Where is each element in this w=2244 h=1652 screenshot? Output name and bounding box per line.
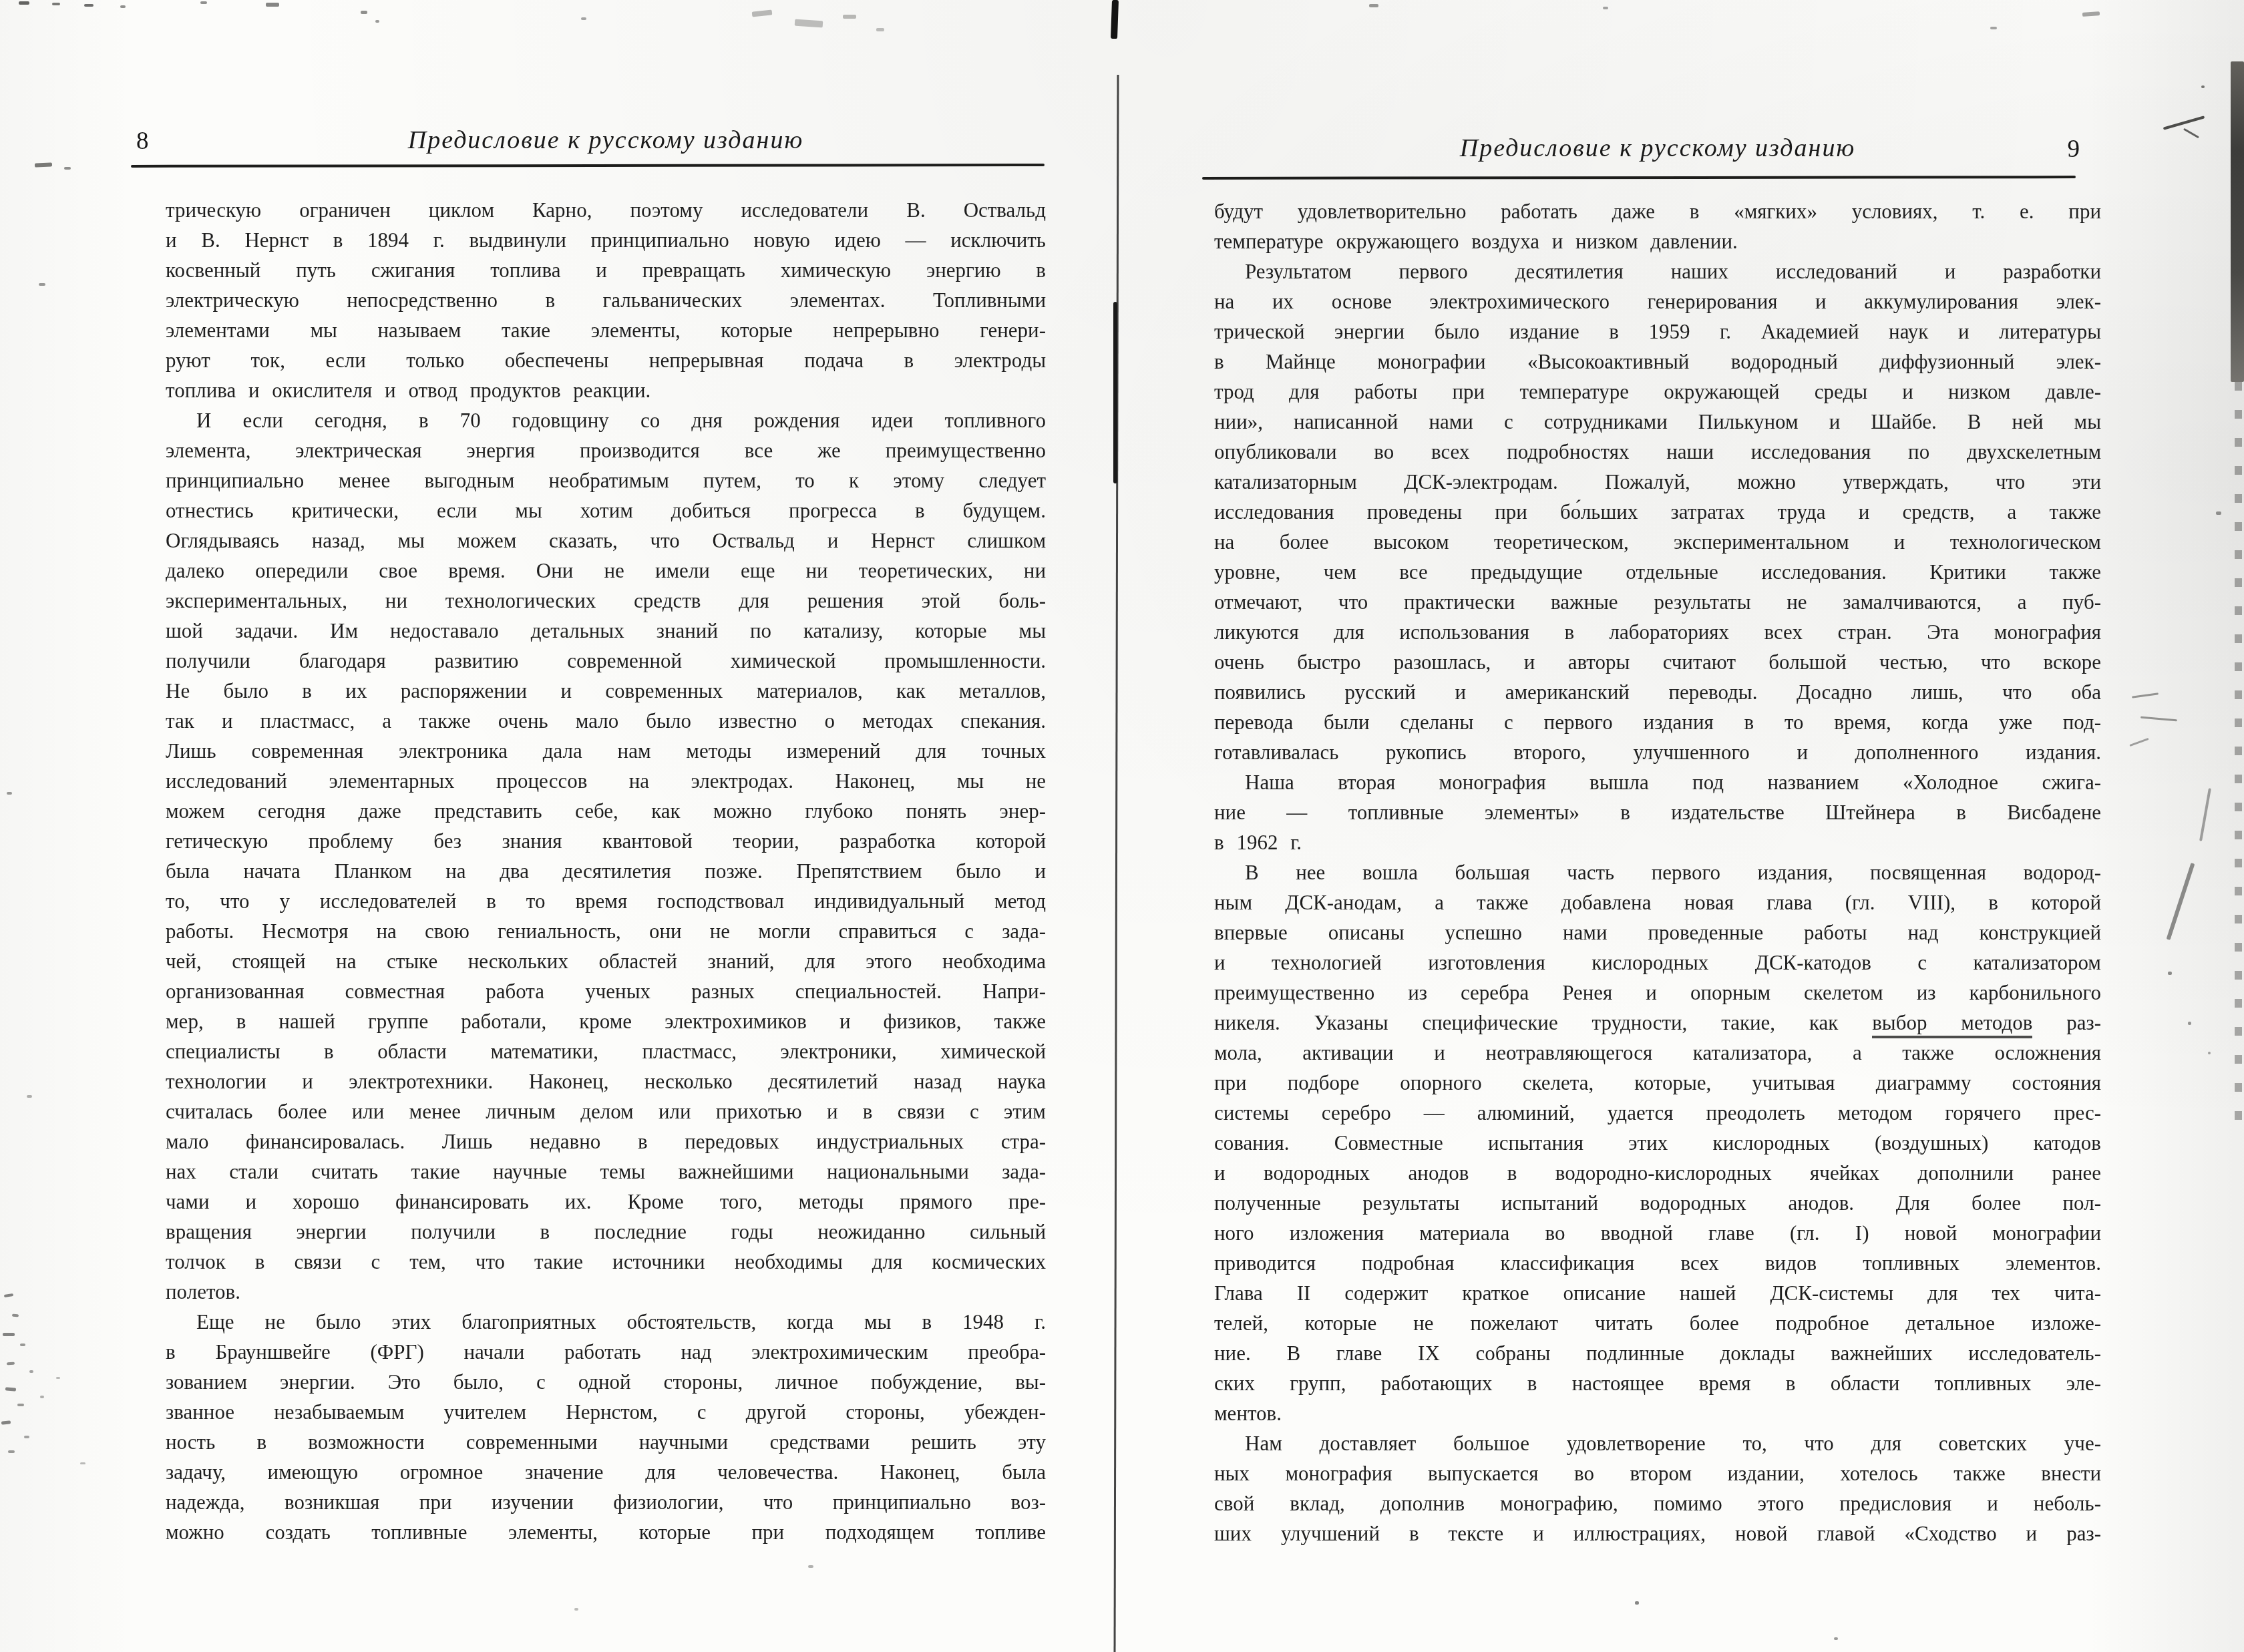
scan-speck <box>120 5 126 8</box>
text-line: Глава II содержит краткое описание нашей… <box>1214 1278 2101 1308</box>
scan-speck <box>574 1608 578 1611</box>
text-line: появились русский и американский перевод… <box>1214 677 2101 707</box>
scan-speck <box>752 9 773 17</box>
text-line: организованная совместная работа ученых … <box>166 976 1046 1006</box>
text-line: опубликовали во всех подробностях наши и… <box>1214 437 2101 467</box>
scan-speck <box>361 11 367 14</box>
scan-speck <box>2183 128 2199 139</box>
text-line: отнестись критически, если мы хотим доби… <box>166 495 1046 526</box>
scan-speck <box>1603 7 1608 9</box>
scan-speck <box>52 3 60 5</box>
text-line: ликуются для использования в лаборатория… <box>1214 617 2101 647</box>
text-line: Оглядываясь назад, мы можем сказать, что… <box>166 526 1046 556</box>
text-line: мола, активации и неотравляющегося катал… <box>1214 1038 2101 1068</box>
scan-speck <box>1635 1601 1639 1605</box>
scan-speck <box>2140 716 2177 722</box>
text-line: Наша вторая монография вышла под названи… <box>1214 767 2101 797</box>
right-running-title: Предисловие к русскому изданию <box>1214 134 2101 163</box>
scan-speck <box>7 792 12 795</box>
left-page-number: 8 <box>136 127 149 156</box>
scan-speck <box>27 1095 32 1098</box>
pencil-underlined-text: выбор методов <box>1872 1011 2032 1038</box>
text-line: ние — топливные элементы» в издательстве… <box>1214 797 2101 827</box>
text-line: то, что у исследователей в то время госп… <box>166 886 1046 916</box>
text-line: впервые описаны успешно нами проведенные… <box>1214 917 2101 948</box>
scan-speck <box>1 1420 11 1424</box>
text-line: преимущественно из серебра Ренея и опорн… <box>1214 978 2101 1008</box>
text-line: нии», написанной нами с сотрудниками Пил… <box>1214 407 2101 437</box>
text-line: надежда, возникшая при изучении физиолог… <box>166 1487 1046 1517</box>
text-line: ментов. <box>1214 1398 2101 1428</box>
text-line: Результатом первого десятилетия наших ис… <box>1214 256 2101 286</box>
text-line: была начата Планком на два десятилетия п… <box>166 856 1046 886</box>
scan-speck <box>4 1293 13 1297</box>
text-line: считалась более или менее личным делом и… <box>166 1096 1046 1126</box>
text-line: ние. В главе IX собраны подлинные доклад… <box>1214 1338 2101 1368</box>
scan-speck <box>35 162 52 167</box>
text-line: чами и хорошо финансировать их. Кроме то… <box>166 1187 1046 1217</box>
left-header-rule <box>131 164 1045 168</box>
text-line: свой вклад, дополнив монографию, помимо … <box>1214 1488 2101 1518</box>
text-line: принципиально менее выгодным необратимым… <box>166 465 1046 495</box>
scan-speck <box>56 1377 60 1379</box>
text-line: электрическую непосредственно в гальвани… <box>166 285 1046 315</box>
scan-speck <box>7 1362 15 1365</box>
text-line: И если сегодня, в 70 годовщину со дня ро… <box>166 405 1046 435</box>
scan-speck <box>1990 27 1997 29</box>
text-line: получили благодаря развитию современной … <box>166 646 1046 676</box>
scan-speck <box>1834 1637 1838 1640</box>
text-line: косвенный путь сжигания топлива и превра… <box>166 255 1046 285</box>
text-line: перевода были сделаны с первого издания … <box>1214 707 2101 737</box>
scan-speck <box>808 1565 813 1568</box>
text-line: толчок в связи с тем, что такие источник… <box>166 1247 1046 1277</box>
text-line: званное незабываемым учителем Нернстом, … <box>166 1397 1046 1427</box>
text-line: можно создать топливные элементы, которы… <box>166 1517 1046 1547</box>
scan-speck <box>12 1313 19 1317</box>
text-line: специалисты в области математики, пластм… <box>166 1036 1046 1066</box>
scan-speck <box>2199 788 2211 841</box>
scan-speck <box>2167 863 2195 940</box>
text-line: и В. Нернст в 1894 г. выдвинули принципи… <box>166 225 1046 255</box>
scan-speck <box>843 15 856 19</box>
text-line: в Майнце монографии «Высокоактивный водо… <box>1214 347 2101 377</box>
page-edge-shadow <box>2231 61 2244 382</box>
scan-speck <box>64 167 71 170</box>
scan-speck <box>2216 511 2221 515</box>
gutter-fold-mark-top <box>1111 0 1119 39</box>
text-line: элемента, электрическая энергия производ… <box>166 435 1046 465</box>
text-line: можем сегодня даже представить себе, как… <box>166 796 1046 826</box>
text-line: трод для работы при температуре окружающ… <box>1214 377 2101 407</box>
text-line: в Брауншвейге (ФРГ) начали работать над … <box>166 1337 1046 1367</box>
text-line: нах стали считать такие научные темы важ… <box>166 1157 1046 1187</box>
right-page-number: 9 <box>2068 135 2080 164</box>
text-line: мало финансировалась. Лишь недавно в пер… <box>166 1126 1046 1157</box>
text-line: полетов. <box>166 1277 1046 1307</box>
text-line: будут удовлетворительно работать даже в … <box>1214 196 2101 226</box>
text-line: так и пластмасс, а также очень мало было… <box>166 706 1046 736</box>
text-line: системы серебро — алюминий, удается прео… <box>1214 1098 2101 1128</box>
text-line: ным ДСК-анодам, а также добавлена новая … <box>1214 887 2101 917</box>
scan-speck <box>5 1387 16 1391</box>
text-line: на их основе электрохимического генериро… <box>1214 286 2101 317</box>
text-line: на более высоком теоретическом, эксперим… <box>1214 527 2101 557</box>
text-line: гетическую проблему без знания квантовой… <box>166 826 1046 856</box>
text-line: Лишь современная электроника дала нам ме… <box>166 736 1046 766</box>
text-line: мер, в нашей группе работали, кроме элек… <box>166 1006 1046 1036</box>
scan-speck <box>2082 11 2100 17</box>
scan-speck <box>80 1462 85 1464</box>
page-edge-speckle <box>2235 382 2242 1123</box>
text-line: сования. Совместные испытания этих кисло… <box>1214 1128 2101 1158</box>
scan-speck <box>2208 1052 2211 1054</box>
right-page-header: 9 Предисловие к русскому изданию <box>1214 134 2101 172</box>
text-line: Еще не было этих благоприятных обстоятел… <box>166 1307 1046 1337</box>
text-line: никеля. Указаны специфические трудности,… <box>1214 1008 2101 1038</box>
text-line: руют ток, если только обеспечены непреры… <box>166 345 1046 375</box>
left-page: 8 Предисловие к русскому изданию трическ… <box>166 126 1046 164</box>
book-scan-spread: 8 Предисловие к русскому изданию трическ… <box>0 0 2244 1652</box>
text-line: ных монография выпускается во втором изд… <box>1214 1458 2101 1488</box>
text-line: зованием энергии. Это было, с одной стор… <box>166 1367 1046 1397</box>
text-line: приводится подробная классификация всех … <box>1214 1248 2101 1278</box>
scan-speck <box>795 19 823 28</box>
text-line: Нам доставляет большое удовлетворение то… <box>1214 1428 2101 1458</box>
scan-speck <box>3 1333 15 1336</box>
text-line: исследований элементарных процессов на э… <box>166 766 1046 796</box>
text-line: ших улучшений в тексте и иллюстрациях, н… <box>1214 1518 2101 1548</box>
scan-speck <box>29 1370 33 1373</box>
text-line: уровне, чем все предыдущие отдельные исс… <box>1214 557 2101 587</box>
text-line: экспериментальных, ни технологических ср… <box>166 586 1046 616</box>
text-line: Не было в их распоряжении и современных … <box>166 676 1046 706</box>
text-line: В нее вошла большая часть первого издани… <box>1214 857 2101 887</box>
left-page-header: 8 Предисловие к русскому изданию <box>166 126 1046 164</box>
scan-speck <box>40 1396 44 1398</box>
text-line: задачу, имеющую огромное значение для че… <box>166 1457 1046 1487</box>
text-line: трическую ограничен циклом Карно, поэтом… <box>166 195 1046 225</box>
scan-speck <box>2168 972 2172 975</box>
left-page-text: трическую ограничен циклом Карно, поэтом… <box>166 195 1046 1547</box>
scan-speck <box>24 1436 29 1438</box>
scan-speck <box>2129 738 2148 747</box>
right-page: 9 Предисловие к русскому изданию будут у… <box>1214 134 2101 172</box>
scan-speck <box>19 1 29 5</box>
right-header-rule <box>1202 176 2076 180</box>
scan-speck <box>17 1404 24 1406</box>
text-line: вращения энергии получили в последние го… <box>166 1217 1046 1247</box>
text-segment: раз- <box>2032 1011 2101 1034</box>
scan-speck <box>39 283 45 286</box>
text-line: отмечают, что практически важные результ… <box>1214 587 2101 617</box>
scan-speck <box>876 28 884 31</box>
text-line: и водородных анодов в водородно-кислород… <box>1214 1158 2101 1188</box>
scan-speck <box>84 4 93 7</box>
scan-speck <box>266 3 279 7</box>
text-segment: никеля. Указаны специфические трудности,… <box>1214 1011 1872 1034</box>
text-line: ного изложения материала во вводной глав… <box>1214 1218 2101 1248</box>
text-line: в 1962 г. <box>1214 827 2101 857</box>
scan-speck <box>20 1344 25 1346</box>
scan-speck <box>581 17 586 20</box>
left-running-title: Предисловие к русскому изданию <box>166 126 1046 155</box>
text-line: трической энергии было издание в 1959 г.… <box>1214 317 2101 347</box>
text-line: далеко опередили свое время. Они не имел… <box>166 556 1046 586</box>
text-line: шой задачи. Им недоставало детальных зна… <box>166 616 1046 646</box>
scan-speck <box>375 20 379 23</box>
text-line: катализаторным ДСК-электродам. Пожалуй, … <box>1214 467 2101 497</box>
text-line: телей, которые не пожелают читать более … <box>1214 1308 2101 1338</box>
text-line: ских групп, работающих в настоящее время… <box>1214 1368 2101 1398</box>
text-line: чей, стоящей на стыке нескольких областе… <box>166 946 1046 976</box>
text-line: очень быстро разошлась, и авторы считают… <box>1214 647 2101 677</box>
text-line: элементами мы называем такие элементы, к… <box>166 315 1046 345</box>
gutter-fold-shadow <box>1113 302 1117 483</box>
scan-speck <box>2188 1022 2191 1025</box>
scan-speck <box>8 1450 15 1453</box>
text-line: готавливалась рукопись второго, улучшенн… <box>1214 737 2101 767</box>
text-line: топлива и окислителя и отвод продуктов р… <box>166 375 1046 405</box>
text-line: работы. Несмотря на свою гениальность, о… <box>166 916 1046 946</box>
scan-speck <box>2201 85 2205 88</box>
text-line: ность в возможности современными научным… <box>166 1427 1046 1457</box>
text-line: при подборе опорного скелета, которые, у… <box>1214 1068 2101 1098</box>
text-line: технологии и электротехники. Наконец, не… <box>166 1066 1046 1096</box>
text-line: полученные результаты испытаний водородн… <box>1214 1188 2101 1218</box>
text-line: исследования проведены при бо́льших затр… <box>1214 497 2101 527</box>
text-line: температуре окружающего воздуха и низком… <box>1214 226 2101 256</box>
scan-speck <box>2132 692 2159 698</box>
scan-speck <box>1369 4 1378 7</box>
text-line: и технологией изготовления кислородных Д… <box>1214 948 2101 978</box>
scan-speck <box>200 1 207 4</box>
right-page-text: будут удовлетворительно работать даже в … <box>1214 196 2101 1548</box>
